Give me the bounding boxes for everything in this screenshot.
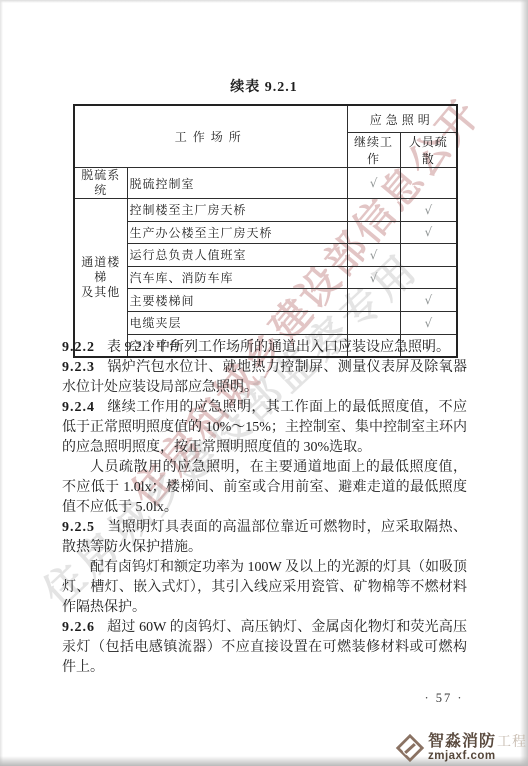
empty-cell: [400, 266, 457, 289]
document-page: 住房和城乡建设部信息公开住房城乡建设部监察专用 续表 9.2.1 工作场所 应急…: [0, 0, 528, 766]
section-paragraph: 9.2.3锅炉汽包水位计、就地热力控制屏、测量仪表屏及除氧器水位计处应装设局部应…: [62, 358, 467, 398]
section-paragraph: 9.2.5当照明灯具表面的高温部位靠近可燃物时，应采取隔热、散热等防火保护措施。: [62, 518, 467, 558]
empty-cell: [400, 244, 457, 267]
check-mark: √: [347, 244, 400, 267]
place-cell: 电缆夹层: [127, 311, 347, 334]
section-number: 9.2.3: [62, 360, 95, 375]
place-cell: 汽车库、消防车库: [127, 266, 347, 289]
continuation-table-title: 续表 9.2.1: [0, 76, 528, 96]
section-number: 9.2.6: [62, 620, 95, 635]
col-header-workplace: 工作场所: [74, 105, 347, 168]
place-cell: 脱硫控制室: [127, 168, 347, 199]
table-row: 生产办公楼至主厂房天桥√: [74, 221, 457, 244]
scan-edge-top: [0, 0, 528, 3]
table-row: 脱硫系统脱硫控制室√: [74, 168, 457, 199]
empty-cell: [347, 311, 400, 334]
brand-logo: 智淼消防 工程 zmjaxf.com: [395, 733, 527, 763]
place-cell: 生产办公楼至主厂房天桥: [127, 221, 347, 244]
brand-domain: zmjaxf.com: [428, 751, 527, 763]
table-row: 汽车库、消防车库√: [74, 266, 457, 289]
section-number: 9.2.2: [62, 340, 95, 355]
workplace-emergency-lighting-table: 工作场所 应急照明 继续工作 人员疏散 脱硫系统脱硫控制室√通道楼梯及其他控制楼…: [73, 104, 458, 358]
section-number: 9.2.4: [62, 400, 95, 415]
table-row: 通道楼梯及其他控制楼至主厂房天桥√: [74, 199, 457, 222]
check-mark: √: [400, 221, 457, 244]
empty-cell: [400, 168, 457, 199]
col-header-emergency-lighting: 应急照明: [347, 105, 457, 133]
table-row: 运行总负责人值班室√: [74, 244, 457, 267]
check-mark: √: [347, 266, 400, 289]
place-cell: 主要楼梯间: [127, 289, 347, 312]
body-text: 9.2.2表 9.2.1 中所列工作场所的通道出入口应装设应急照明。9.2.3锅…: [62, 338, 467, 678]
table-header-row: 工作场所 应急照明: [74, 105, 457, 133]
section-paragraph: 9.2.6超过 60W 的卤钨灯、高压钠灯、金属卤化物灯和荧光高压汞灯（包括电感…: [62, 618, 467, 678]
section-paragraph: 配有卤钨灯和额定功率为 100W 及以上的光源的灯具（如吸顶灯、槽灯、嵌入式灯）…: [62, 558, 467, 618]
group-cell: 通道楼梯及其他: [74, 199, 127, 357]
place-cell: 控制楼至主厂房天桥: [127, 199, 347, 222]
table-row: 主要楼梯间√: [74, 289, 457, 312]
check-mark: √: [347, 168, 400, 199]
empty-cell: [347, 289, 400, 312]
section-paragraph: 9.2.2表 9.2.1 中所列工作场所的通道出入口应装设应急照明。: [62, 338, 467, 358]
check-mark: √: [400, 311, 457, 334]
empty-cell: [347, 221, 400, 244]
brand-suffix: 工程: [497, 734, 527, 748]
col-header-continue-work: 继续工作: [347, 133, 400, 168]
diamond-z-icon: [395, 733, 425, 763]
section-paragraph: 人员疏散用的应急照明，在主要通道地面上的最低照度值，不应低于 1.0lx；楼梯间…: [62, 458, 467, 518]
scan-edge-left: [0, 0, 3, 766]
page-number: · 57 ·: [412, 691, 476, 706]
section-number: 9.2.5: [62, 520, 95, 535]
place-cell: 运行总负责人值班室: [127, 244, 347, 267]
empty-cell: [347, 199, 400, 222]
section-paragraph: 9.2.4继续工作用的应急照明，其工作面上的最低照度值，不应低于正常照明照度值的…: [62, 398, 467, 458]
check-mark: √: [400, 199, 457, 222]
group-cell: 脱硫系统: [74, 168, 127, 199]
table-row: 电缆夹层√: [74, 311, 457, 334]
check-mark: √: [400, 289, 457, 312]
scan-edge-right: [520, 0, 528, 766]
col-header-evacuation: 人员疏散: [400, 133, 457, 168]
brand-name: 智淼消防: [428, 734, 496, 750]
